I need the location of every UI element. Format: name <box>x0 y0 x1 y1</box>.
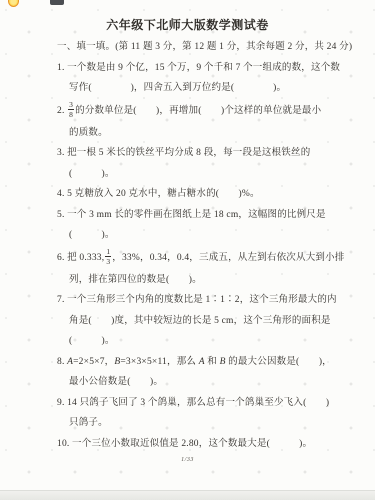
question-text: 4. 5 克糖放入 20 克水中，糖占糖水的( )%。 <box>57 189 260 199</box>
question-text: 和 <box>205 357 220 367</box>
question-text: ( )。 <box>69 336 115 346</box>
question-text: 6. 把 0.333, <box>57 253 104 263</box>
question-line: 6. 把 0.333,13，33%，0.34，0.4，三成五，从左到右依次从大到… <box>0 246 375 270</box>
question-text: 列，排在第四位的数是( )。 <box>69 275 202 285</box>
question-text: 8. <box>57 357 67 367</box>
question-text: 1. 一个数是由 9 个亿，15 个万，9 个千和 7 个一组成的数，这个数 <box>57 63 340 73</box>
question-line: ( )。 <box>0 331 375 352</box>
document-viewport[interactable]: 六年级下北师大版数学测试卷 一、填一填。(第 11 题 3 分，第 12 题 1… <box>0 0 375 500</box>
question-line: ( )。 <box>0 164 375 185</box>
question-line: 最小公倍数是( )。 <box>0 372 375 393</box>
question-line: 2. 38的分数单位是( )，再增加( )个这样的单位就是最小 <box>0 99 375 123</box>
question-line: 角是( )度，其中较短边的长是 5 cm，这个三角形的面积是 <box>0 311 375 332</box>
question-text: 9. 14 只鸽子飞回了 3 个鸽巢，那么总有一个鸽巢至少飞入( ) <box>57 398 329 408</box>
fraction: 38 <box>68 101 74 119</box>
question-text: 写作( )，四舍五入到万位约是( )。 <box>69 83 286 93</box>
question-line: 10. 一个三位小数取近似值是 2.80，这个数最大是( )。 <box>0 434 375 455</box>
question-text: 7. 一个三角形三个内角的度数比是 1∶1∶2，这个三角形最大的内 <box>57 295 337 305</box>
question-text: 2. <box>57 106 67 116</box>
question-text: ( )。 <box>69 230 115 240</box>
question-text: ，33%，0.34，0.4，三成五，从左到右依次从大到小排 <box>112 253 344 263</box>
question-line: 列，排在第四位的数是( )。 <box>0 270 375 291</box>
question-text: 3. 把一根 5 米长的铁丝平均分成 8 段，每一段是这根铁丝的 <box>57 148 310 158</box>
question-text: 的分数单位是( )，再增加( )个这样的单位就是最小 <box>75 106 321 116</box>
question-line: 写作( )，四舍五入到万位约是( )。 <box>0 78 375 99</box>
question-line: 5. 一个 3 mm 长的零件画在图纸上是 18 cm，这幅图的比例尺是 <box>0 205 375 226</box>
question-line: 7. 一个三角形三个内角的度数比是 1∶1∶2，这个三角形最大的内 <box>0 290 375 311</box>
page-bottom-edge <box>0 490 375 500</box>
document-page: 六年级下北师大版数学测试卷 一、填一填。(第 11 题 3 分，第 12 题 1… <box>0 0 375 465</box>
page-number: 1/33 <box>0 455 375 465</box>
question-line: 8. A=2×5×7，B=3×3×5×11，那么 A 和 B 的最大公因数是( … <box>0 352 375 373</box>
question-text: =3×3×5×11，那么 <box>120 357 198 367</box>
page-title: 六年级下北师大版数学测试卷 <box>0 17 375 33</box>
section-heading: 一、填一填。(第 11 题 3 分，第 12 题 1 分，其余每题 2 分，共 … <box>0 37 375 58</box>
question-text: 10. 一个三位小数取近似值是 2.80，这个数最大是( )。 <box>57 439 312 449</box>
question-text: 角是( )度，其中较短边的长是 5 cm，这个三角形的面积是 <box>69 316 331 326</box>
question-line: 1. 一个数是由 9 个亿，15 个万，9 个千和 7 个一组成的数，这个数 <box>0 58 375 79</box>
question-line: 只鸽子。 <box>0 413 375 434</box>
question-line: ( )。 <box>0 225 375 246</box>
question-list: 1. 一个数是由 9 个亿，15 个万，9 个千和 7 个一组成的数，这个数写作… <box>0 58 375 455</box>
question-text: =2×5×7， <box>73 357 114 367</box>
question-line: 4. 5 克糖放入 20 克水中，糖占糖水的( )%。 <box>0 184 375 205</box>
question-text: ( )。 <box>69 169 115 179</box>
question-text: 最小公倍数是( )。 <box>69 377 163 387</box>
question-text: 5. 一个 3 mm 长的零件画在图纸上是 18 cm，这幅图的比例尺是 <box>57 210 326 220</box>
question-text: 的最大公因数是( )， <box>226 357 332 367</box>
fraction: 13 <box>105 248 111 266</box>
question-line: 3. 把一根 5 米长的铁丝平均分成 8 段，每一段是这根铁丝的 <box>0 143 375 164</box>
question-line: 的质数。 <box>0 123 375 144</box>
question-text: 的质数。 <box>69 128 108 138</box>
question-text: 只鸽子。 <box>69 418 108 428</box>
question-line: 9. 14 只鸽子飞回了 3 个鸽巢，那么总有一个鸽巢至少飞入( ) <box>0 393 375 414</box>
